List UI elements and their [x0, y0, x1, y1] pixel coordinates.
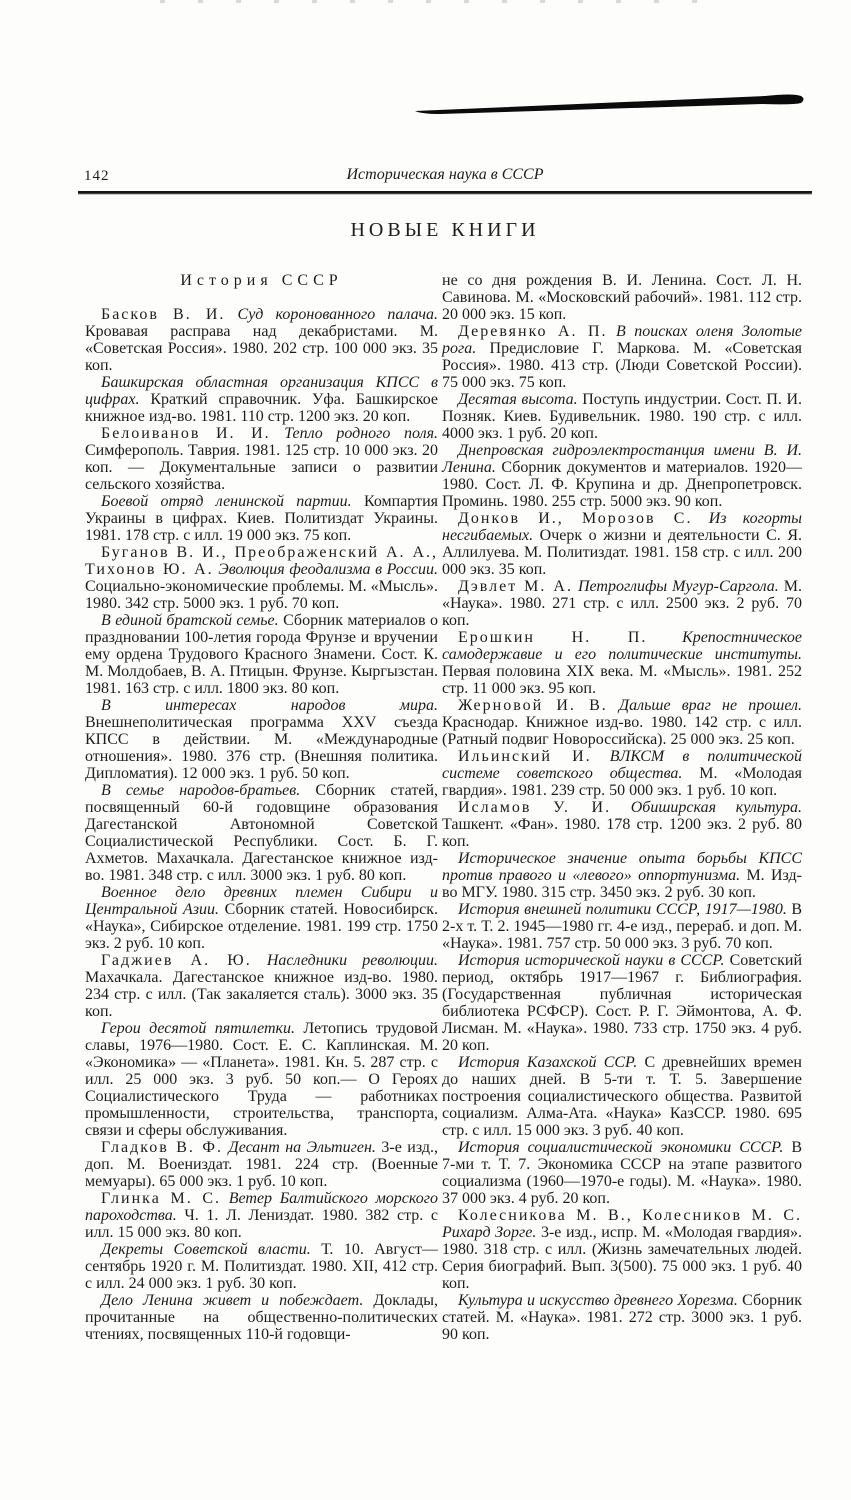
- entry-title: Тепло родного поля.: [284, 425, 438, 442]
- entry-details: Сборник документов и материалов. 1920—19…: [442, 459, 802, 510]
- entry-title: В семье народов-братьев.: [101, 782, 300, 799]
- entry-author: Глинка М. С.: [101, 1190, 221, 1207]
- entry-title: Эволюция феодализма в России.: [218, 561, 438, 578]
- bib-entry: Башкирская областная организация КПСС в …: [85, 374, 438, 425]
- entry-title: История внешней политики СССР, 1917—1980…: [458, 901, 787, 918]
- header-rule: [78, 191, 812, 195]
- bib-entry: Жерновой И. В. Дальше враг не прошел. Кр…: [442, 697, 802, 748]
- bib-entry: Гладков В. Ф. Десант на Эльтиген. 3-е из…: [85, 1139, 438, 1190]
- entry-details: Предисловие Г. Маркова. М. «Советская Ро…: [442, 340, 802, 391]
- entry-details: не со дня рождения В. И. Ленина. Сост. Л…: [442, 272, 802, 323]
- entry-title: Десант на Эльтиген.: [229, 1139, 376, 1156]
- bib-entry: Басков В. И. Суд коронованного палача. К…: [85, 306, 438, 374]
- scanned-bibliography-page: 142 Историческая наука в СССР НОВЫЕ КНИГ…: [0, 0, 851, 1500]
- entry-author: Колесникова М. В., Колесников М. С.: [458, 1207, 802, 1224]
- bib-entry: Дэвлет М. А. Петроглифы Мугур-Саргола. М…: [442, 578, 802, 629]
- entry-title: Дальше враг не прошел.: [619, 697, 802, 714]
- section-heading: История СССР: [85, 272, 438, 289]
- running-head: Историческая наука в СССР: [78, 166, 812, 184]
- bib-entry: История исторической науки в СССР. Совет…: [442, 952, 802, 1054]
- bib-entry: Боевой отряд ленинской партии. Компартия…: [85, 493, 438, 544]
- bib-entry: Донков И., Морозов С. Из когорты несгиба…: [442, 510, 802, 578]
- entry-title: Боевой отряд ленинской партии.: [101, 493, 352, 510]
- entry-title: Петроглифы Мугур-Саргола.: [578, 578, 779, 595]
- bib-entry: Днепровская гидроэлектростанция имени В.…: [442, 442, 802, 510]
- bib-entry: История внешней политики СССР, 1917—1980…: [442, 901, 802, 952]
- entry-title: Рихард Зорге.: [442, 1224, 536, 1241]
- bib-entry: В единой братской семье. Сборник материа…: [85, 612, 438, 697]
- entry-details: Внешнеполитическая программа XXV съезда …: [85, 714, 438, 782]
- entry-details: Махачкала. Дагестанское книжное изд-во. …: [85, 969, 438, 1020]
- bib-entry: Ерошкин Н. П. Крепостническое самодержав…: [442, 629, 802, 697]
- entry-details: Социально-экономические проблемы. М. «Мы…: [85, 578, 438, 612]
- bib-entry: Военное дело древних племен Сибири и Цен…: [85, 884, 438, 952]
- entry-title: В интересах народов мира.: [101, 697, 438, 714]
- entry-title: История Казахской ССР.: [458, 1054, 637, 1071]
- entry-author: Ильинский И.: [458, 748, 592, 765]
- entry-title: Наследники революции.: [267, 952, 438, 969]
- bib-entry: История Казахской ССР. С древнейших врем…: [442, 1054, 802, 1139]
- entry-title: Культура и искусство древнего Хорезма.: [458, 1292, 738, 1309]
- entry-details: Летопись трудовой славы, 1976—1980. Сост…: [85, 1020, 438, 1139]
- bib-entry: Ильинский И. ВЛКСМ в политической систем…: [442, 748, 802, 799]
- bib-entry: Десятая высота. Поступь индустрии. Сост.…: [442, 391, 802, 442]
- left-entries: Басков В. И. Суд коронованного палача. К…: [85, 306, 438, 1343]
- entry-details: Кровавая расправа над декабристами. М. «…: [85, 323, 438, 374]
- entry-author: Донков И., Морозов С.: [458, 510, 692, 527]
- entry-title: История исторической науки в СССР.: [458, 952, 725, 969]
- bib-entry: Белоиванов И. И. Тепло родного поля. Сим…: [85, 425, 438, 493]
- ink-smear-artifact: [410, 88, 810, 120]
- entry-details: Первая половина XIX века. М. «Мысль». 19…: [442, 663, 802, 697]
- page-title: НОВЫЕ КНИГИ: [78, 219, 812, 242]
- left-column: История СССР Басков В. И. Суд коронованн…: [85, 272, 438, 1343]
- bib-entry: Глинка М. С. Ветер Балтийского морского …: [85, 1190, 438, 1241]
- entry-title: История социалистической экономики СССР.: [458, 1139, 783, 1156]
- entry-title: В единой братской семье.: [101, 612, 279, 629]
- entry-author: Басков В. И.: [101, 306, 225, 323]
- entry-details: Симферополь. Таврия. 1981. 125 стр. 10 0…: [85, 442, 438, 493]
- entry-title: Дело Ленина живет и побеждает.: [101, 1292, 363, 1309]
- bib-entry: не со дня рождения В. И. Ленина. Сост. Л…: [442, 272, 802, 323]
- bib-entry: Историческое значение опыта борьбы КПСС …: [442, 850, 802, 901]
- entry-details: Ташкент. «Фан». 1980. 178 стр. 1200 экз.…: [442, 816, 802, 850]
- entry-author: Деревянко А. П.: [458, 323, 608, 340]
- bib-entry: Исламов У. И. Обиширская культура. Ташке…: [442, 799, 802, 850]
- bib-entry: Колесникова М. В., Колесников М. С. Риха…: [442, 1207, 802, 1292]
- bib-entry: Дело Ленина живет и побеждает. Доклады, …: [85, 1292, 438, 1343]
- bib-entry: В семье народов-братьев. Сборник статей,…: [85, 782, 438, 884]
- bib-entry: Декреты Советской власти. Т. 10. Август—…: [85, 1241, 438, 1292]
- right-column: не со дня рождения В. И. Ленина. Сост. Л…: [442, 272, 802, 1343]
- bib-entry: В интересах народов мира. Внешнеполитиче…: [85, 697, 438, 782]
- bib-entry: Деревянко А. П. В поисках оленя Золотые …: [442, 323, 802, 391]
- bib-entry: История социалистической экономики СССР.…: [442, 1139, 802, 1207]
- entry-author: Гаджиев А. Ю.: [101, 952, 252, 969]
- entry-title: Герои десятой пятилетки.: [101, 1020, 295, 1037]
- entry-title: Декреты Советской власти.: [101, 1241, 311, 1258]
- right-entries: не со дня рождения В. И. Ленина. Сост. Л…: [442, 272, 802, 1343]
- entry-author: Дэвлет М. А.: [458, 578, 573, 595]
- entry-title: Обиширская культура.: [631, 799, 802, 816]
- bib-entry: Культура и искусство древнего Хорезма. С…: [442, 1292, 802, 1343]
- entry-author: Ерошкин Н. П.: [458, 629, 647, 646]
- bib-entry: Герои десятой пятилетки. Летопись трудов…: [85, 1020, 438, 1139]
- entry-details: Краснодар. Книжное изд-во. 1980. 142 стр…: [442, 714, 802, 748]
- entry-author: Жерновой И. В.: [458, 697, 608, 714]
- bib-entry: Буганов В. И., Преображенский А. А., Тих…: [85, 544, 438, 612]
- entry-author: Исламов У. И.: [458, 799, 611, 816]
- entry-author: Гладков В. Ф.: [101, 1139, 223, 1156]
- entry-title: Суд коронованного палача.: [238, 306, 438, 323]
- entry-author: Белоиванов И. И.: [101, 425, 271, 442]
- bib-entry: Гаджиев А. Ю. Наследники революции. Маха…: [85, 952, 438, 1020]
- entry-title: Десятая высота.: [458, 391, 578, 408]
- scan-noise-artifact: [160, 0, 700, 3]
